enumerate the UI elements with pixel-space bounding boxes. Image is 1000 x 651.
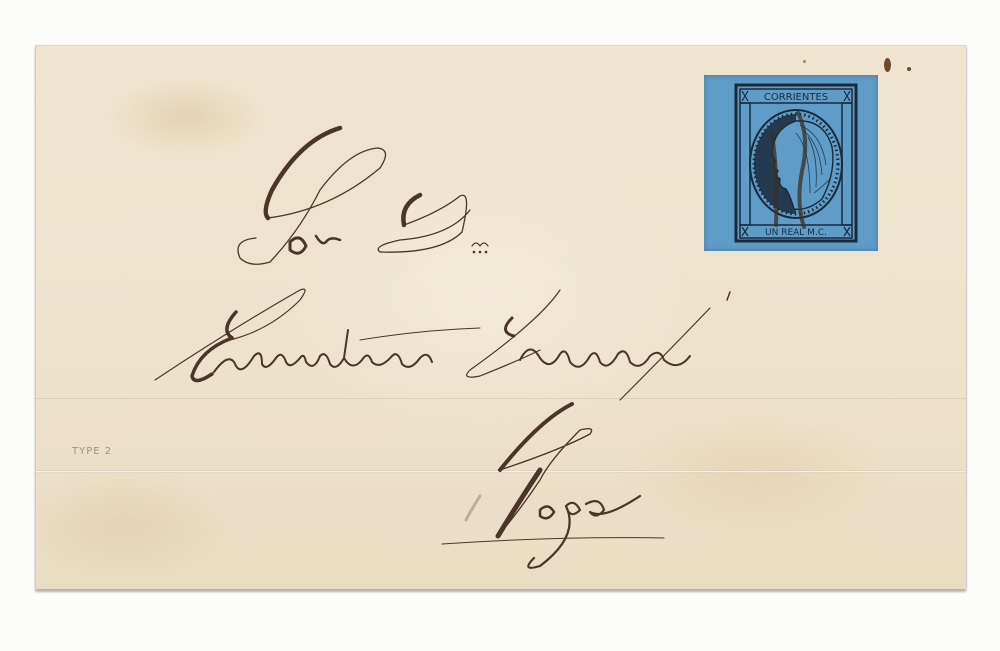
address-line-1 bbox=[238, 128, 488, 264]
address-line-3 bbox=[442, 404, 664, 568]
address-line-2 bbox=[155, 289, 730, 400]
handwritten-address: Sor Dn bbox=[0, 0, 1000, 651]
